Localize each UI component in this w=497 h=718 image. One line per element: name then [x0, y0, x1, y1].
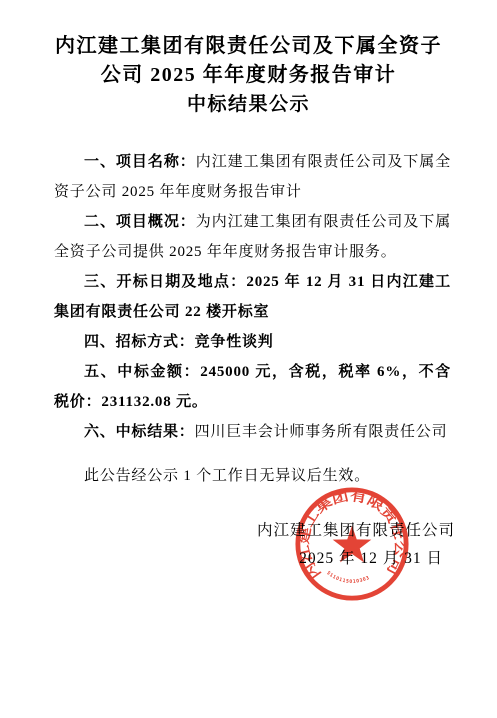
document-page: 内江建工集团有限责任公司及下属全资子 公司 2025 年年度财务报告审计 中标结…	[0, 0, 497, 718]
title-line-1: 内江建工集团有限责任公司及下属全资子	[0, 32, 497, 61]
paragraph-bidding-method: 四、招标方式：竞争性谈判	[54, 327, 451, 357]
paragraph-award-result: 六、中标结果：四川巨丰会计师事务所有限责任公司	[54, 417, 451, 447]
signature-block: 内江建工集团有限责任公司 2025 年 12 月 31 日	[0, 517, 497, 573]
paragraph-project-overview: 二、项目概况：为内江建工集团有限责任公司及下属全资子公司提供 2025 年年度财…	[54, 207, 451, 267]
paragraph-content: 四川巨丰会计师事务所有限责任公司	[195, 424, 448, 440]
paragraph-content: 竞争性谈判	[195, 334, 274, 350]
signature-company: 内江建工集团有限责任公司	[0, 517, 455, 545]
paragraph-label: 六、中标结果：	[84, 424, 195, 440]
document-title: 内江建工集团有限责任公司及下属全资子 公司 2025 年年度财务报告审计 中标结…	[0, 0, 497, 119]
paragraph-label: 三、开标日期及地点：	[84, 274, 246, 290]
title-line-2: 公司 2025 年年度财务报告审计	[0, 61, 497, 90]
closing-statement: 此公告经公示 1 个工作日无异议后生效。	[54, 461, 451, 491]
signature-date: 2025 年 12 月 31 日	[0, 545, 455, 573]
paragraph-opening-date-location: 三、开标日期及地点：2025 年 12 月 31 日内江建工集团有限责任公司 2…	[54, 267, 451, 327]
paragraph-award-amount: 五、中标金额：245000 元，含税，税率 6%，不含税价：231132.08 …	[54, 357, 451, 417]
paragraph-label: 二、项目概况：	[84, 214, 196, 230]
paragraph-label: 五、中标金额：	[84, 364, 200, 380]
paragraph-project-name: 一、项目名称：内江建工集团有限责任公司及下属全资子公司 2025 年年度财务报告…	[54, 147, 451, 207]
paragraph-label: 一、项目名称：	[84, 154, 196, 170]
paragraph-label: 四、招标方式：	[84, 334, 195, 350]
title-line-3: 中标结果公示	[0, 90, 497, 119]
document-body: 一、项目名称：内江建工集团有限责任公司及下属全资子公司 2025 年年度财务报告…	[0, 147, 497, 491]
